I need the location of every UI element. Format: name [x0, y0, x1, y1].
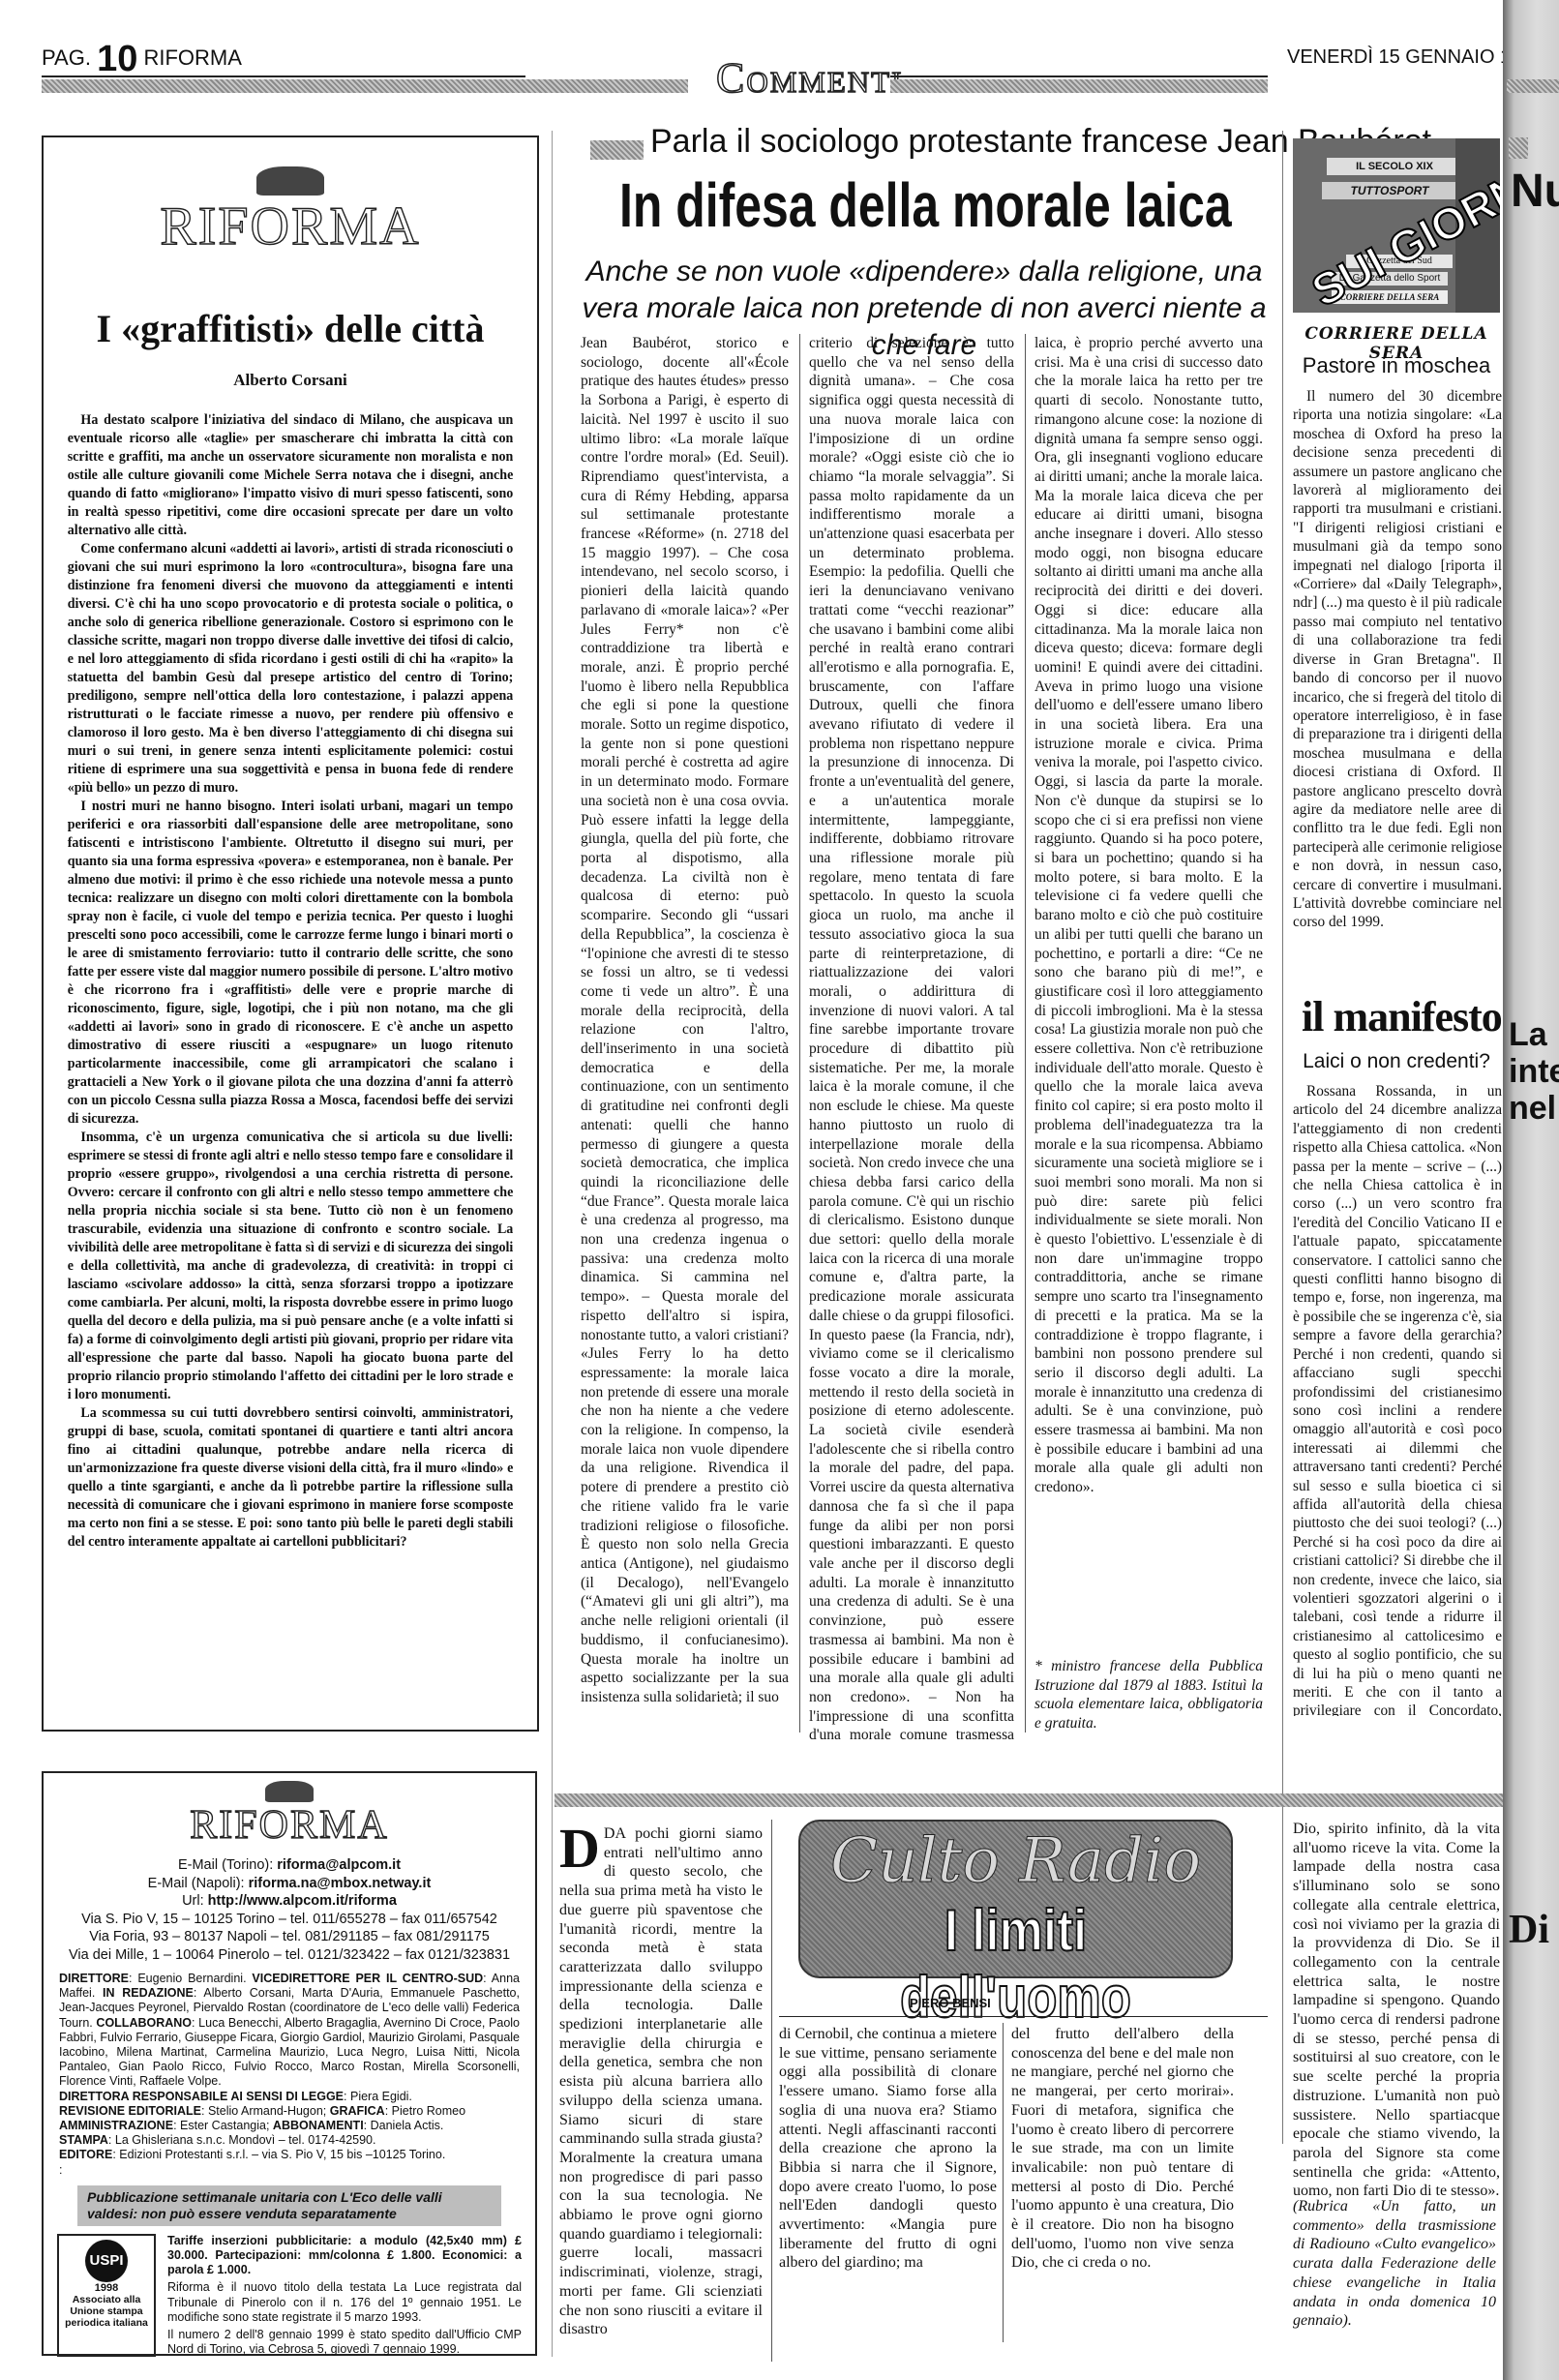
riforma-logo: RIFORMA — [44, 196, 537, 257]
newspapers-collage-image: IL SECOLO XIX TUTTOSPORT Gazzetta del Su… — [1293, 138, 1500, 313]
website-link[interactable]: http://www.alpcom.it/riforma — [208, 1893, 397, 1909]
paragraph: Ha destato scalpore l'iniziativa del sin… — [68, 411, 514, 540]
paragraph: Come confermano alcuni «addetti ai lavor… — [68, 540, 514, 798]
uspi-badge: USPI 1998 Associato alla Unione stampa p… — [57, 2234, 156, 2358]
main-footnote: * ministro francese della Pubblica Istru… — [1034, 1657, 1263, 1733]
publication-notice: Pubblicazione settimanale unitaria con L… — [77, 2185, 501, 2226]
shipping-info: Il numero 2 dell'8 gennaio 1999 è stato … — [167, 2328, 522, 2357]
header-band-right — [890, 79, 1268, 93]
publication-name: RIFORMA — [143, 45, 241, 70]
adjacent-page-edge: Nuo La inte nel Di — [1503, 0, 1559, 2380]
main-headline: In difesa della morale laica — [619, 169, 1232, 241]
main-col-1: Jean Baubérot, storico e sociologo, doce… — [581, 334, 789, 1742]
drop-cap: D — [559, 1824, 600, 1873]
book-emblem-icon — [265, 1781, 314, 1802]
radio-col-1: DDA pochi giorni siamo entrati nell'ulti… — [559, 1824, 763, 2366]
header-band-left — [42, 79, 688, 93]
culto-radio-script: Culto Radio — [800, 1825, 1231, 1897]
radio-col-4: Dio, spirito infinito, dà la vita all'uo… — [1293, 1820, 1500, 2226]
sidebar-item-title: Laici o non credenti? — [1293, 1050, 1500, 1073]
radio-article-title: I limiti dell'uomo — [832, 1897, 1198, 2031]
page-number: 10 — [97, 39, 137, 79]
article-body: Ha destato scalpore l'iniziativa del sin… — [68, 411, 514, 1552]
next-page-headline-fragment: La inte nel — [1509, 1016, 1559, 1127]
section-divider — [555, 1793, 1559, 1807]
legal-info: Tariffe inserzioni pubblicitarie: a modu… — [167, 2234, 522, 2358]
main-col-2: criterio di selezione è: tutto quello ch… — [809, 334, 1014, 1742]
next-page-headline-fragment: Nuo — [1511, 165, 1559, 218]
address-pinerolo: Via dei Mille, 1 – 10064 Pinerolo – tel.… — [44, 1946, 535, 1965]
radio-col-3: del frutto dell'albero della conoscenza … — [1011, 2025, 1234, 2335]
source-manifesto: il manifesto — [1302, 992, 1505, 1041]
address-torino: Via S. Pio V, 15 – 10125 Torino – tel. 0… — [44, 1911, 535, 1929]
graffiti-article-box: RIFORMA I «graffitisti» delle città Albe… — [42, 136, 539, 1732]
masthead-box: RIFORMA E-Mail (Torino): riforma@alpcom.… — [42, 1771, 537, 2356]
riforma-logo: RIFORMA — [44, 1802, 535, 1849]
staff-credits: DIRETTORE: Eugenio Bernardini. VICEDIRET… — [59, 1972, 520, 2178]
book-emblem-icon — [256, 166, 324, 196]
sidebar-item-title: Pastore in moschea — [1293, 353, 1500, 378]
radio-author: PIERO BENSI — [910, 1996, 991, 2010]
article-author: Alberto Corsani — [44, 371, 537, 390]
email-napoli-link[interactable]: riforma.na@mbox.netway.it — [249, 1876, 432, 1891]
paragraph: I nostri muri ne hanno bisogno. Interi i… — [68, 798, 514, 1129]
kicker-bar — [590, 140, 644, 160]
radio-credit: (Rubrica «Un fatto, un commento» della t… — [1293, 2197, 1496, 2331]
next-page-headline-fragment: Di — [1509, 1907, 1549, 1953]
sidebar-item-text: Il numero del 30 dicembre riporta una no… — [1293, 387, 1502, 968]
main-col-3: laica, è proprio perché avverto una cris… — [1034, 334, 1263, 1655]
email-torino-link[interactable]: riforma@alpcom.it — [277, 1857, 401, 1873]
radio-col-2: di Cernobil, che continua a mietere le s… — [779, 2025, 997, 2364]
page-label: PAG. — [42, 45, 91, 70]
culto-radio-banner: Culto Radio I limiti dell'uomo — [798, 1820, 1233, 1978]
page-header-left: PAG. 10 RIFORMA — [42, 39, 242, 80]
section-title: Commenti — [716, 53, 903, 103]
sidebar-item-text: Rossana Rossanda, in un articolo del 24 … — [1293, 1082, 1502, 1716]
article-title: I «graffitisti» delle città — [44, 306, 537, 351]
registration-info: Riforma è il nuovo titolo della testata … — [167, 2280, 522, 2325]
paragraph: Insomma, c'è un urgenza comunicativa che… — [68, 1129, 514, 1404]
uspi-logo-icon: USPI — [85, 2240, 128, 2282]
advertising-rates: Tariffe inserzioni pubblicitarie: a modu… — [167, 2234, 522, 2278]
address-napoli: Via Foria, 93 – 80137 Napoli – tel. 081/… — [44, 1928, 535, 1946]
contacts: E-Mail (Torino): riforma@alpcom.it E-Mai… — [44, 1856, 535, 1964]
paragraph: La scommessa su cui tutti dovrebbero sen… — [68, 1404, 514, 1552]
